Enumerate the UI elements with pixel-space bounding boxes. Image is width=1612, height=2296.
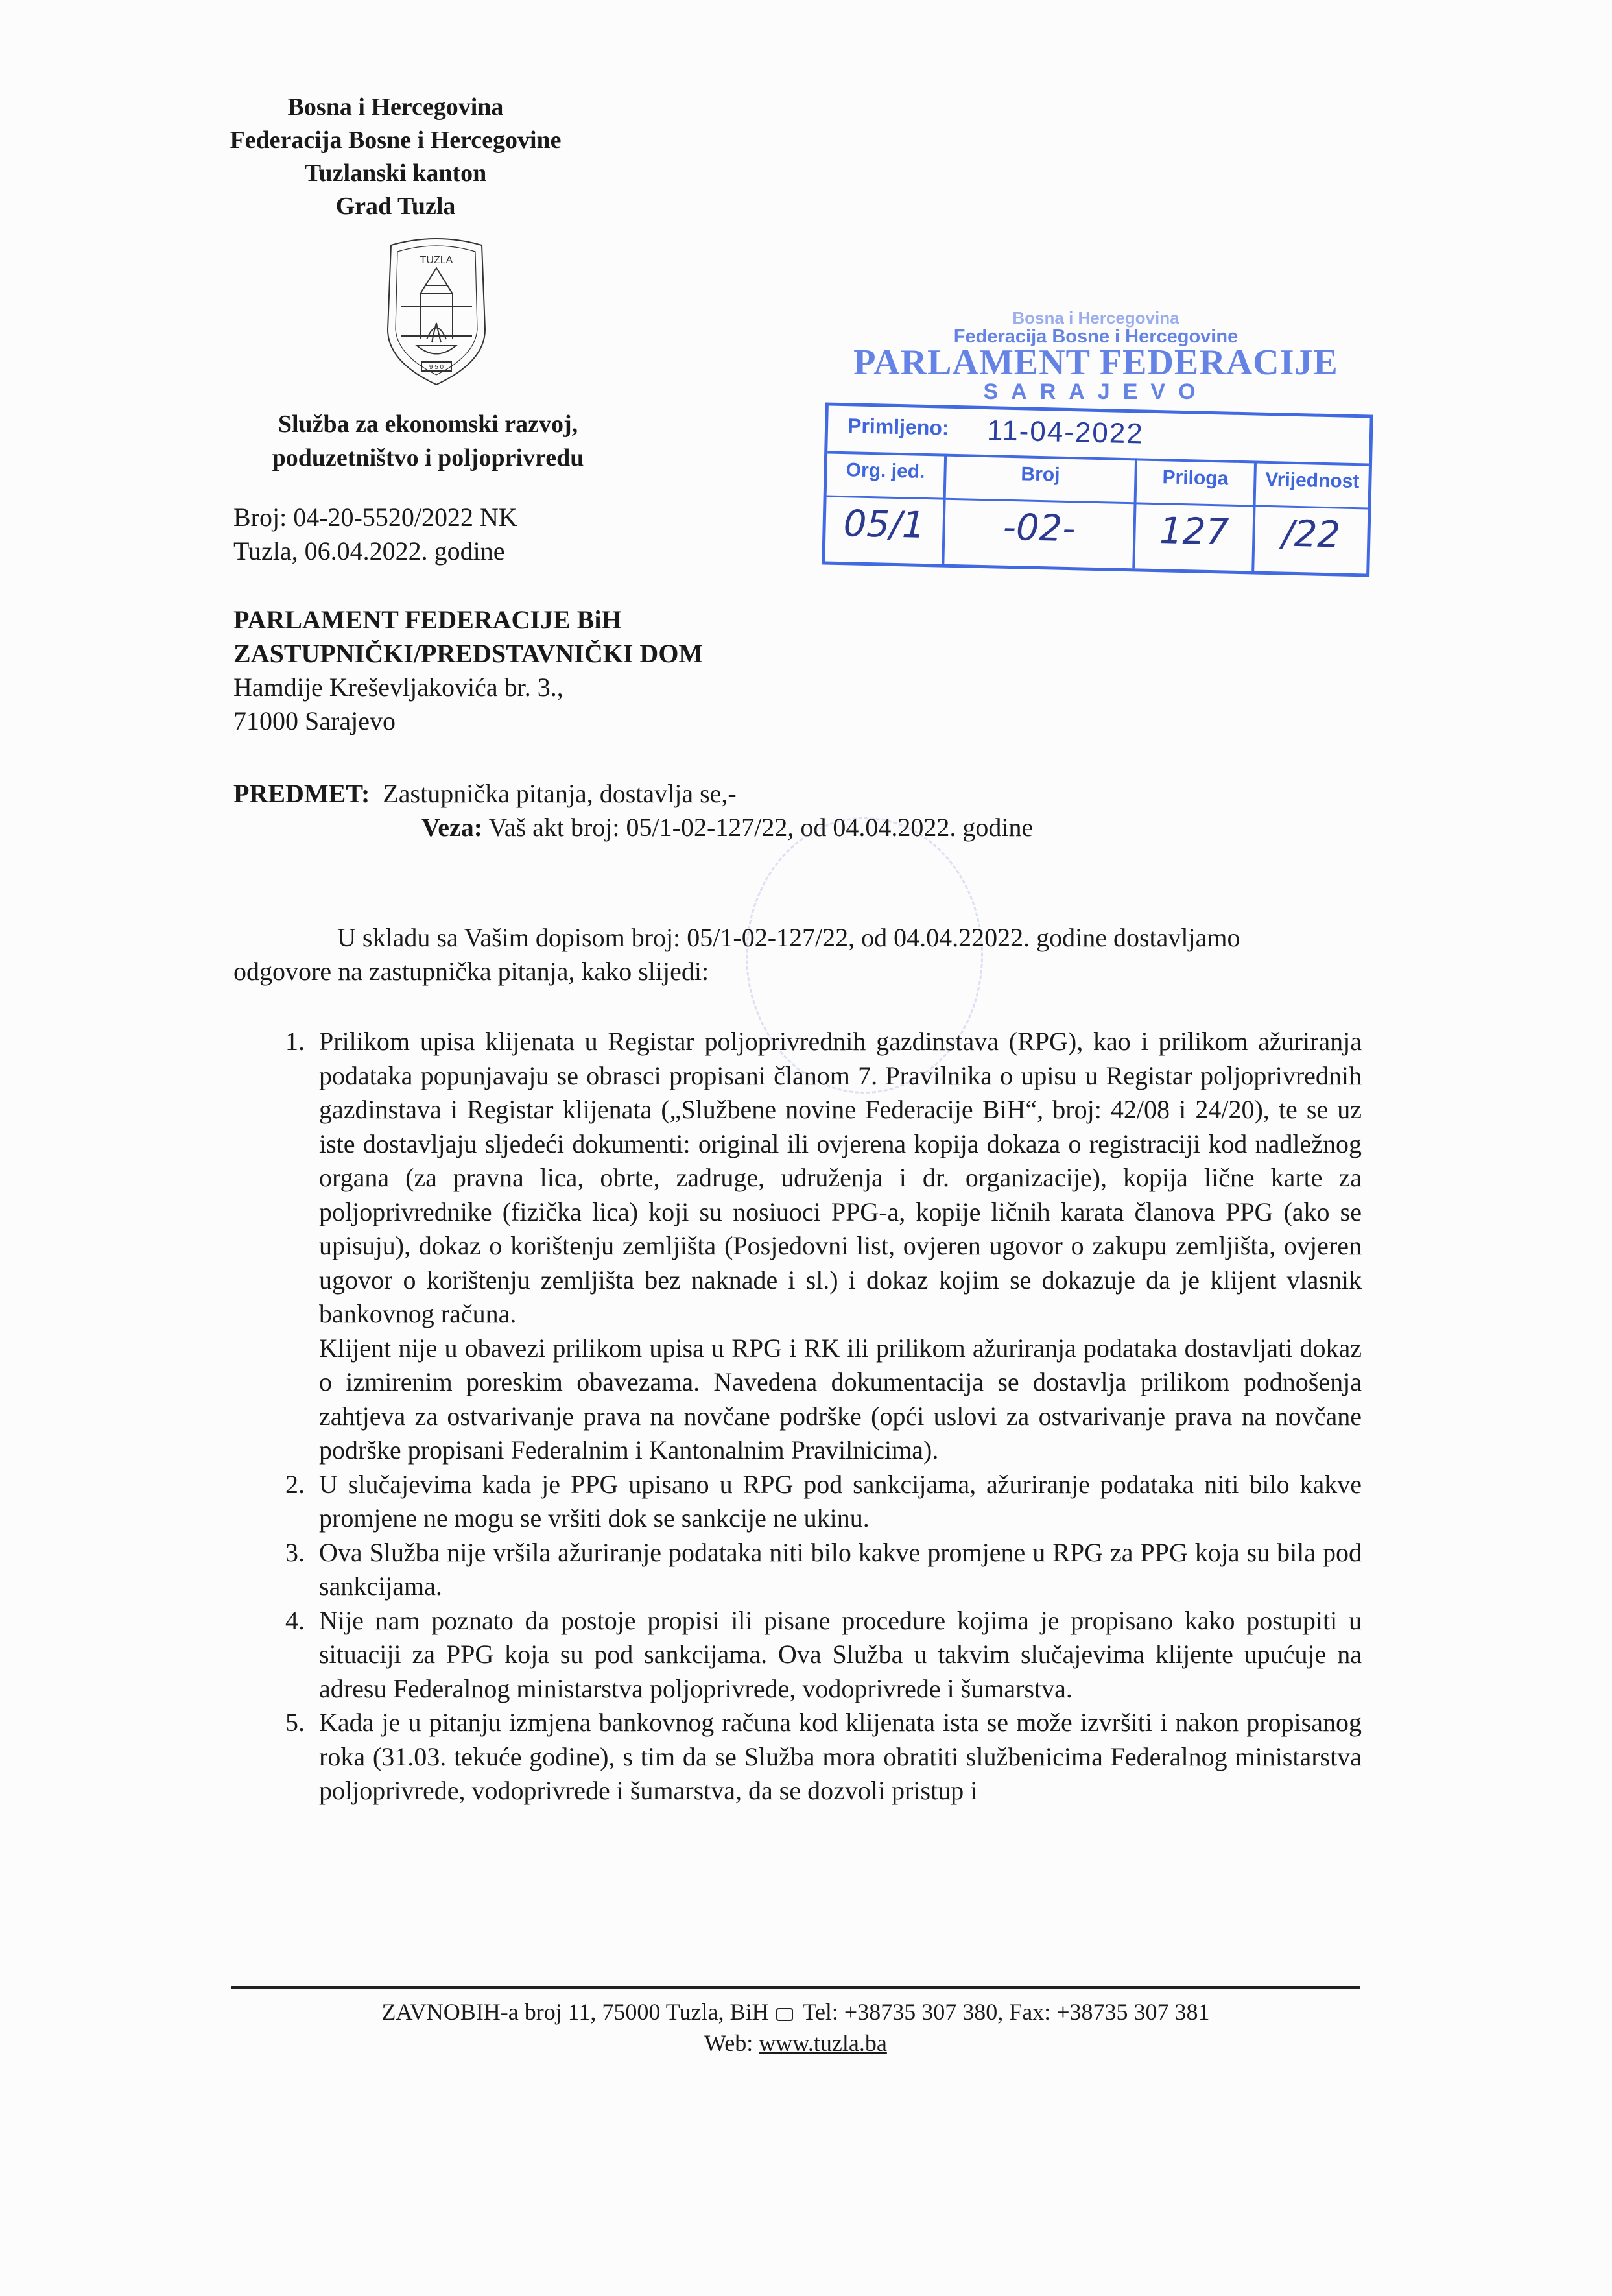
footer-phone-fax: Tel: +38735 307 380, Fax: +38735 307 381 (802, 1999, 1209, 2025)
answer-number: 1. (285, 1025, 305, 1059)
recipient-block: PARLAMENT FEDERACIJE BiH ZASTUPNIČKI/PRE… (233, 603, 703, 738)
svg-text:9 5 0: 9 5 0 (429, 364, 444, 371)
letterhead-canton: Tuzlanski kanton (214, 157, 577, 190)
answer-item: 1. Prilikom upisa klijenata u Registar p… (285, 1025, 1362, 1468)
answer-text: Nije nam poznato da postoje propisi ili … (319, 1604, 1362, 1706)
letterhead: Bosna i Hercegovina Federacija Bosne i H… (214, 91, 577, 223)
recipient-city: 71000 Sarajevo (233, 704, 703, 738)
veza-label: Veza: (421, 813, 482, 842)
footer-contact-line: ZAVNOBIH-a broj 11, 75000 Tuzla, BiHTel:… (220, 1996, 1371, 2027)
answer-number: 3. (285, 1536, 305, 1570)
department-line-1: Služba za ekonomski razvoj, (233, 407, 622, 441)
department-line-2: poduzetništvo i poljoprivredu (233, 441, 622, 475)
stamp-col-value: -02- (945, 500, 1134, 552)
subject-label: PREDMET: (233, 779, 370, 808)
place-date: Tuzla, 06.04.2022. godine (233, 534, 517, 568)
answer-number: 4. (285, 1604, 305, 1638)
stamp-received-label: Primljeno: (847, 414, 949, 440)
stamp-col-label: Vrijednost (1255, 461, 1369, 510)
stamp-col-vrijednost: Vrijednost /22 (1254, 461, 1369, 574)
intro-line-2: odgovore na zastupnička pitanja, kako sl… (233, 957, 709, 986)
subject-line: PREDMET: Zastupnička pitanja, dostavlja … (233, 777, 737, 811)
stamp-col-org: Org. jed. 05/1 (825, 451, 947, 564)
answer-item: 3. Ova Služba nije vršila ažuriranje pod… (285, 1536, 1362, 1604)
letterhead-country: Bosna i Hercegovina (214, 91, 577, 124)
footer-web-label: Web: (704, 2030, 753, 2056)
received-stamp: Bosna i Hercegovina Federacija Bosne i H… (804, 295, 1388, 593)
footer-web-line: Web: www.tuzla.ba (220, 2027, 1371, 2059)
answer-text: U slučajevima kada je PPG upisano u RPG … (319, 1468, 1362, 1536)
recipient-name: PARLAMENT FEDERACIJE BiH (233, 603, 703, 637)
reference-number: Broj: 04-20-5520/2022 NK (233, 501, 517, 534)
answer-text: Ova Služba nije vršila ažuriranje podata… (319, 1536, 1362, 1604)
stamp-col-broj: Broj -02- (944, 454, 1137, 569)
answer-text: Kada je u pitanju izmjena bankovnog raču… (319, 1706, 1362, 1808)
answer-item: 5. Kada je u pitanju izmjena bankovnog r… (285, 1706, 1362, 1808)
stamp-col-value: 05/1 (825, 497, 943, 547)
intro-line-1: U skladu sa Vašim dopisom broj: 05/1-02-… (233, 921, 1362, 955)
answer-text: Prilikom upisa klijenata u Registar polj… (319, 1025, 1362, 1332)
stamp-line-3: PARLAMENT FEDERACIJE (804, 342, 1388, 383)
department-name: Služba za ekonomski razvoj, poduzetništv… (233, 407, 622, 475)
subject-text: Zastupnička pitanja, dostavlja se,- (383, 779, 736, 808)
stamp-col-value: /22 (1255, 507, 1368, 557)
document-reference: Broj: 04-20-5520/2022 NK Tuzla, 06.04.20… (233, 501, 517, 568)
answer-number: 2. (285, 1468, 305, 1502)
stamp-col-label: Org. jed. (827, 451, 945, 500)
tuzla-coat-of-arms-icon: TUZLA 9 5 0 (375, 232, 498, 388)
answer-item: 4. Nije nam poznato da postoje propisi i… (285, 1604, 1362, 1706)
footer-address: ZAVNOBIH-a broj 11, 75000 Tuzla, BiH (381, 1999, 768, 2025)
answers-list: 1. Prilikom upisa klijenata u Registar p… (285, 1025, 1362, 1808)
svg-text:TUZLA: TUZLA (420, 255, 453, 266)
website-link[interactable]: www.tuzla.ba (759, 2030, 887, 2056)
answer-text: Klijent nije u obavezi prilikom upisa u … (319, 1332, 1362, 1468)
phone-icon (776, 2008, 793, 2021)
reference-link-line: Veza: Vaš akt broj: 05/1-02-127/22, od 0… (421, 811, 1033, 844)
answer-number: 5. (285, 1706, 305, 1740)
stamp-line-1: Bosna i Hercegovina (804, 308, 1388, 328)
stamp-col-priloga: Priloga 127 (1135, 458, 1257, 571)
footer-divider (231, 1986, 1360, 1989)
stamp-col-label: Priloga (1137, 458, 1255, 507)
letterhead-city: Grad Tuzla (214, 190, 577, 223)
answer-item: 2. U slučajevima kada je PPG upisano u R… (285, 1468, 1362, 1536)
recipient-street: Hamdije Kreševljakovića br. 3., (233, 671, 703, 704)
intro-paragraph: U skladu sa Vašim dopisom broj: 05/1-02-… (233, 921, 1362, 988)
stamp-col-label: Broj (946, 454, 1135, 505)
veza-text: Vaš akt broj: 05/1-02-127/22, od 04.04.2… (488, 813, 1033, 842)
stamp-col-value: 127 (1135, 504, 1253, 554)
recipient-house: ZASTUPNIČKI/PREDSTAVNIČKI DOM (233, 637, 703, 671)
stamp-box: Primljeno: 11-04-2022 Org. jed. 05/1 Bro… (822, 402, 1373, 577)
stamp-line-4: SARAJEVO (804, 379, 1388, 405)
letterhead-entity: Federacija Bosne i Hercegovine (214, 124, 577, 157)
stamp-received-date: 11-04-2022 (986, 414, 1144, 450)
footer: ZAVNOBIH-a broj 11, 75000 Tuzla, BiHTel:… (220, 1996, 1371, 2059)
